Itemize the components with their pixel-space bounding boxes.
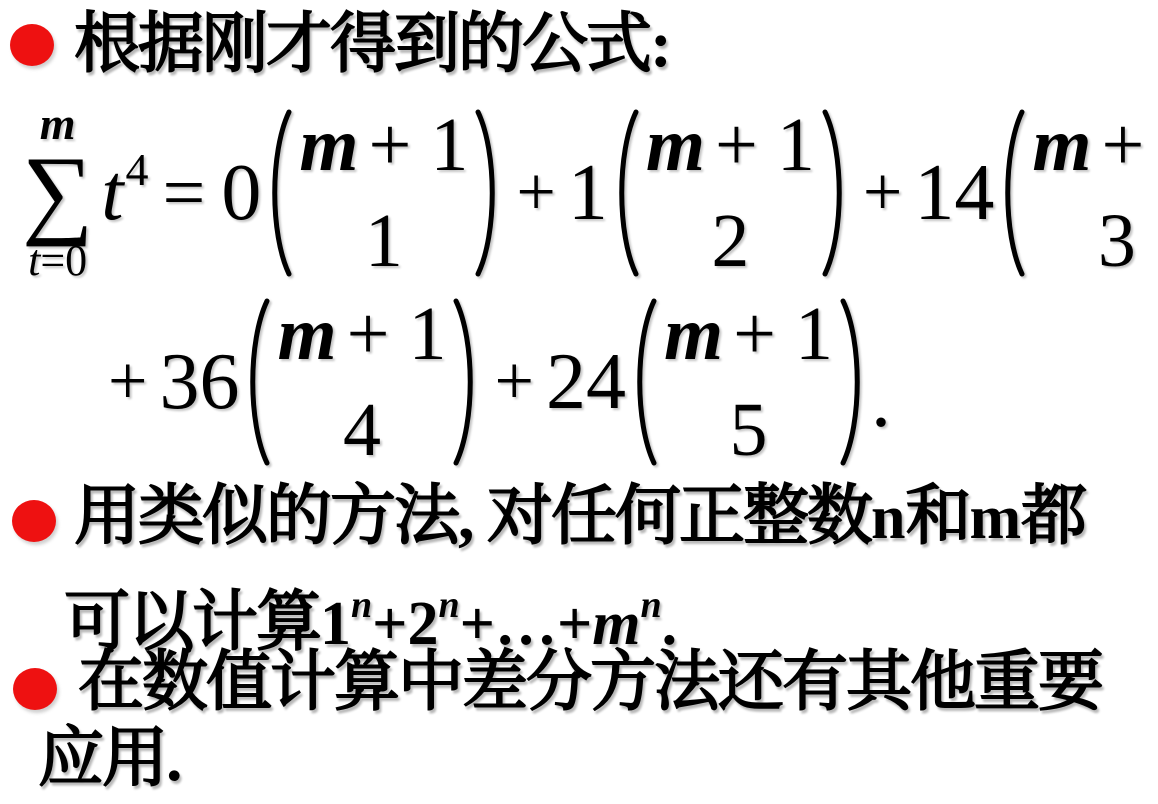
binom-top-var: m [664,303,723,365]
text-segment: 用类似的方法, 对任何正整数 [74,480,871,553]
term-0-binomial: m+ 1 1 [263,107,504,279]
binom-bottom: 2 [711,210,749,272]
binom-top-rest: + 1 [1102,114,1158,176]
binom-bottom: 1 [365,210,403,272]
summand-t4: t4 [101,148,146,239]
binom-top: m+ 1 [299,114,468,176]
term-3-coefficient: 36 [159,337,239,428]
binomial-stack: m+ 1 2 [640,114,821,272]
binom-top: m+ 1 [664,303,833,365]
formula-line-1: m ∑ t=0 t4 = 0 m+ 1 1 + 1 m+ 1 2 [22,98,1158,288]
right-paren-icon [839,296,869,468]
bullet-dot-icon [13,668,57,710]
binom-bottom: 5 [729,399,767,461]
term-4-binomial: m+ 1 5 [628,296,869,468]
binom-top-var: m [299,114,358,176]
left-paren-icon [610,107,640,279]
formula-period: . [871,355,891,446]
right-paren-icon [821,107,851,279]
bullet-1-text: 根据刚才得到的公式: [74,6,670,84]
slide-canvas: 根据刚才得到的公式: m ∑ t=0 t4 = 0 m+ 1 1 + 1 m+ … [0,0,1158,804]
var-n: n [871,484,905,552]
equals-sign: = [163,150,206,237]
binomial-stack: m+ 1 5 [658,303,839,461]
binom-top-var: m [1032,114,1091,176]
exponent-n: n [641,584,662,626]
binom-bottom: 4 [343,399,381,461]
summand-exponent: 4 [126,144,149,195]
summand-var: t [101,149,123,237]
binom-top-rest: + 1 [347,303,447,365]
plus-operator: + [108,342,147,422]
bullet-3-line-2: 应用. [38,720,181,798]
binomial-stack: m+ 1 4 [271,303,452,461]
term-2-binomial: m+ 1 3 [996,107,1158,279]
bullet-dot-icon [10,24,54,66]
plus-operator: + [863,153,902,233]
binom-top-var: m [646,114,705,176]
binomial-stack: m+ 1 3 [1026,114,1158,272]
bullet-3-line-1: 在数值计算中差分方法还有其他重要 [78,644,1102,722]
bullet-dot-icon [12,500,56,542]
right-paren-icon [474,107,504,279]
term-1-binomial: m+ 1 2 [610,107,851,279]
binom-bottom: 3 [1098,210,1136,272]
binom-top-rest: + 1 [369,114,469,176]
formula-line-2: + 36 m+ 1 4 + 24 m+ 1 5 . [108,292,891,472]
binom-top: m+ 1 [646,114,815,176]
right-paren-icon [452,296,482,468]
sum-lower-limit: t=0 [28,238,87,284]
sum-lower-rest: =0 [40,236,87,285]
sum-lower-var: t [28,236,40,285]
binom-top: m+ 1 [277,303,446,365]
term-1-coefficient: 1 [568,148,608,239]
term-3-binomial: m+ 1 4 [241,296,482,468]
binom-top: m+ 1 [1032,114,1158,176]
term-4-coefficient: 24 [546,337,626,428]
left-paren-icon [996,107,1026,279]
plus-operator: + [494,342,533,422]
binom-top-var: m [277,303,336,365]
term-2-coefficient: 14 [914,148,994,239]
text-segment: 和 [905,480,969,553]
binomial-stack: m+ 1 1 [293,114,474,272]
summation-symbol: m ∑ t=0 [22,102,93,284]
bullet-2-line-1: 用类似的方法, 对任何正整数n和m都 [74,478,1085,557]
left-paren-icon [263,107,293,279]
plus-operator: + [516,153,555,233]
left-paren-icon [628,296,658,468]
term-0-coefficient: 0 [221,148,261,239]
text-segment: 都 [1021,480,1085,553]
exponent-n: n [351,584,372,626]
left-paren-icon [241,296,271,468]
sigma-icon: ∑ [22,146,93,238]
binom-top-rest: + 1 [733,303,833,365]
binom-top-rest: + 1 [715,114,815,176]
var-m: m [969,484,1021,552]
exponent-n: n [438,584,459,626]
